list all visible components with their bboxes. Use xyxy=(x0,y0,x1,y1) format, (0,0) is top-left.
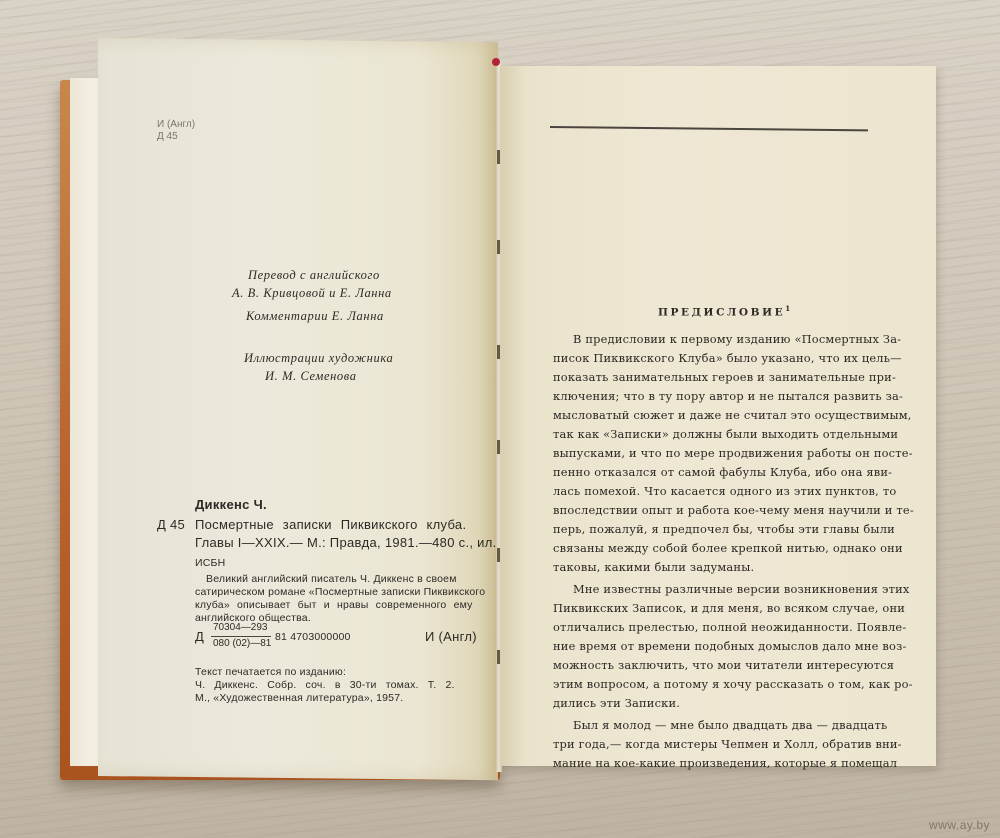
preface-line: ние время от времени подобных домыслов д… xyxy=(553,637,907,656)
catalog-code-class: И (Англ) xyxy=(425,629,477,644)
preface-line: так как «Записки» должны были выходить о… xyxy=(553,425,898,444)
preface-line: Был я молод — мне было двадцать два — дв… xyxy=(573,716,887,735)
preface-line: мысловатый сюжет и даже не считал это ос… xyxy=(553,406,912,425)
translation-credit-line1: Перевод с английского xyxy=(248,268,380,283)
preface-line: таковы, какими были задуманы. xyxy=(553,558,754,577)
comments-credit: Комментарии Е. Ланна xyxy=(246,309,384,324)
preface-line: три года,— когда мистеры Чепмен и Холл, … xyxy=(553,735,902,754)
preface-line: можность заключить, что мои читатели инт… xyxy=(553,656,894,675)
preface-line: ключения; что в ту пору автор и не пытал… xyxy=(553,387,903,406)
preface-line: перь, пожалуй, я предпочел бы, чтобы эти… xyxy=(553,520,895,539)
catalog-title-line2: Главы I—XXIX.— М.: Правда, 1981.—480 с.,… xyxy=(195,535,497,550)
preface-line: отличались прелестью, полной неожиданнос… xyxy=(553,618,906,637)
library-code-line1: И (Англ) xyxy=(157,119,195,130)
illustrations-credit-line2: И. М. Семенова xyxy=(265,369,357,384)
catalog-index: Д 45 xyxy=(157,517,185,532)
catalog-isbn: ИСБН xyxy=(195,557,225,569)
preface-line: впоследствии опыт и работа кое-чему меня… xyxy=(553,501,914,520)
catalog-author: Диккенс Ч. xyxy=(195,497,267,512)
preface-line: связаны между собой более крепкой нитью,… xyxy=(553,539,903,558)
catalog-annotation-line: Великий английский писатель Ч. Диккенс в… xyxy=(206,573,457,585)
catalog-title-line1: Посмертные записки Пиквикского клуба. xyxy=(195,517,466,532)
source-note-line: Ч. Диккенс. Собр. соч. в 30-ти томах. Т.… xyxy=(195,679,455,691)
source-note-line: Текст печатается по изданию: xyxy=(195,666,346,678)
preface-line: Пиквикских Записок, и для меня, во всяко… xyxy=(553,599,905,618)
catalog-code-denominator: 080 (02)—81 xyxy=(213,638,271,649)
preface-heading: ПРЕДИСЛОВИЕ1 xyxy=(658,304,790,319)
fraction-bar xyxy=(211,636,271,637)
preface-line: писок Пиквикского Клуба» было указано, ч… xyxy=(553,349,902,368)
preface-line: пенно отказался от самой фабулы Клуба, и… xyxy=(553,463,892,482)
preface-line: В предисловии к первому изданию «Посмерт… xyxy=(573,330,901,349)
catalog-annotation-line: клуба» описывает быт и нравы современног… xyxy=(195,599,473,611)
source-note-line: М., «Художественная литература», 1957. xyxy=(195,692,403,704)
illustrations-credit-line1: Иллюстрации художника xyxy=(244,351,393,366)
preface-line: показать занимательных героев и занимате… xyxy=(553,368,896,387)
preface-line: лась помехой. Что касается одного из эти… xyxy=(553,482,896,501)
preface-heading-text: ПРЕДИСЛОВИЕ xyxy=(658,307,785,319)
library-code-line2: Д 45 xyxy=(157,131,178,142)
preface-line: этим вопросом, а потому я хочу рассказат… xyxy=(553,675,913,694)
watermark: www.ay.by xyxy=(929,818,990,832)
footnote-mark: 1 xyxy=(785,304,790,313)
catalog-code-numerator: 70304—293 xyxy=(213,622,268,633)
preface-line: Мне известны различные версии возникнове… xyxy=(573,580,910,599)
preface-line: выпусками, и что по мере продвижения раб… xyxy=(553,444,913,463)
preface-line: дились эти Записки. xyxy=(553,694,680,713)
headband xyxy=(492,58,500,66)
translation-credit-line2: А. В. Кривцовой и Е. Ланна xyxy=(232,286,392,301)
preface-line: мание на кое-какие произведения, которые… xyxy=(553,754,897,773)
catalog-code-prefix: Д xyxy=(195,629,204,644)
catalog-code-number: 81 4703000000 xyxy=(275,631,351,643)
catalog-annotation-line: сатирическом романе «Посмертные записки … xyxy=(195,586,485,598)
